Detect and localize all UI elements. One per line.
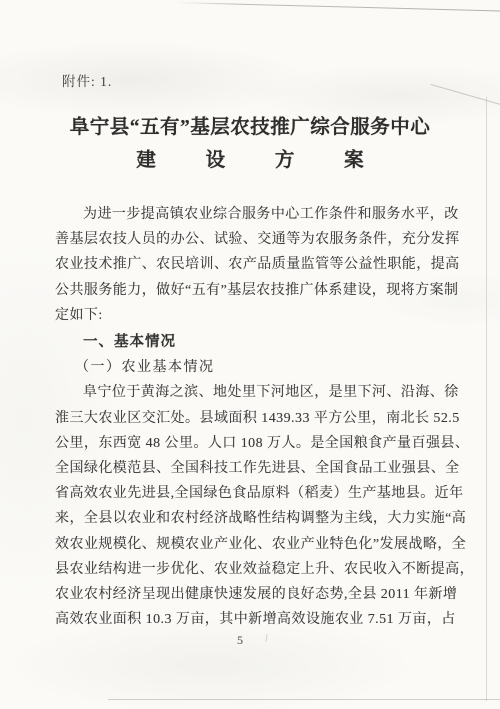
intro-paragraph-line: 善基层农技人员的办公、试验、交通等为农服务条件，充分发挥: [55, 227, 457, 252]
agriculture-paragraph-line: 省高效农业先进县,全国绿色食品原料（稻麦）生产基地县。近年: [55, 481, 457, 506]
scanned-document-page: 附件: 1. 阜宁县“五有”基层农技推广综合服务中心 建 设 方 案 为进一步提…: [0, 0, 500, 709]
agriculture-paragraph-line: 阜宁位于黄海之滨、地处里下河地区，是里下河、沿海、徐: [55, 380, 457, 405]
intro-paragraph-line: 定如下:: [55, 303, 457, 328]
intro-paragraph-line: 为进一步提高镇农业综合服务中心工作条件和服务水平，改: [55, 202, 457, 227]
section-heading: 一、基本情况: [55, 330, 457, 355]
document-title: 阜宁县“五有”基层农技推广综合服务中心 建 设 方 案: [0, 111, 500, 177]
scan-edge-right-line: [486, 97, 487, 701]
page-number: 5: [0, 633, 480, 648]
agriculture-paragraph-line: 全国绿化模范县、全国科技工作先进县、全国食品工业强县、全: [55, 456, 457, 481]
intro-paragraph-line: 农业技术推广、农民培训、农产品质量监管等公益性职能，提高: [55, 252, 457, 277]
document-title-line2: 建 设 方 案: [0, 144, 500, 177]
scan-edge-top-line: [175, 2, 500, 12]
intro-paragraph-line: 公共服务能力，做好“五有”基层农技推广体系建设，现将方案制: [55, 278, 457, 303]
agriculture-paragraph-line: 县农业结构进一步优化、农业效益稳定上升、农民收入不断提高，: [55, 557, 457, 582]
agriculture-paragraph-line: 淮三大农业区交汇处。县域面积 1439.33 平方公里，南北长 52.5: [55, 406, 457, 431]
agriculture-paragraph-line: 效农业规模化、规模农业产业化、农业产业特色化”发展战略，全: [55, 532, 457, 557]
document-title-line1: 阜宁县“五有”基层农技推广综合服务中心: [0, 111, 500, 144]
agriculture-paragraph-line: 公里，东西宽 48 公里。人口 108 万人。是全国粮食产量百强县、: [55, 431, 457, 456]
scan-edge-bottom-line: [108, 699, 500, 700]
agriculture-paragraph-line: 来，全县以农业和农村经济战略性结构调整为主线，大力实施“高: [55, 506, 457, 531]
agriculture-paragraph-line: 农业农村经济呈现出健康快速发展的良好态势,全县 2011 年新增: [55, 582, 457, 607]
attachment-label: 附件: 1.: [62, 70, 112, 90]
scan-edge-corner-line: [431, 84, 500, 105]
subsection-heading: （一）农业基本情况: [55, 355, 457, 380]
document-body: 为进一步提高镇农业综合服务中心工作条件和服务水平，改 善基层农技人员的办公、试验…: [55, 202, 457, 632]
agriculture-paragraph-line: 高效农业面积 10.3 万亩，其中新增高效设施农业 7.51 万亩，占: [55, 607, 457, 632]
